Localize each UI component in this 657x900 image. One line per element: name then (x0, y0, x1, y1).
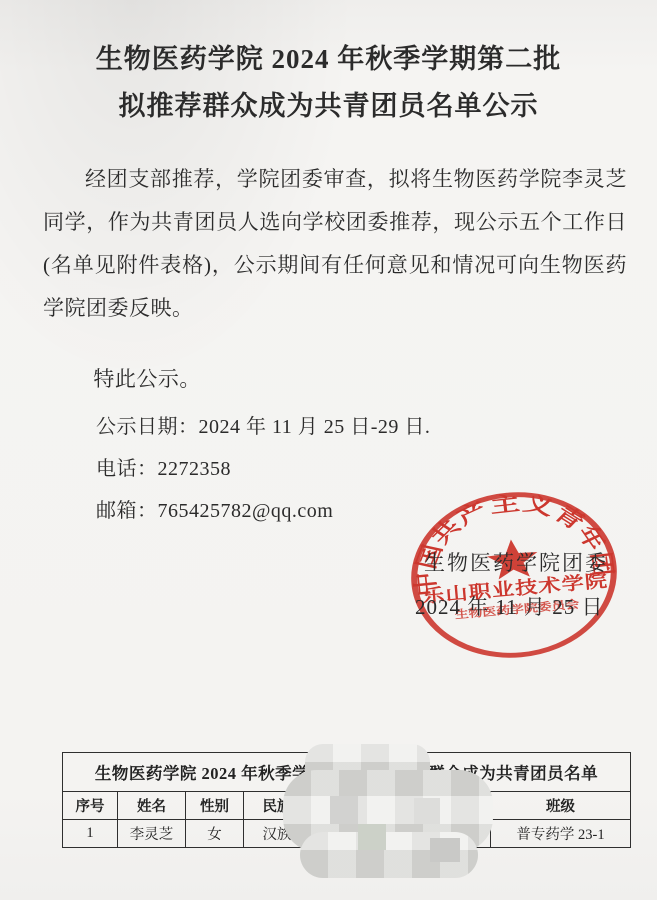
announcement-body: 经团支部推荐，学院团委审查，拟将生物医药学院李灵芝同学，作为共青团员人选向学校团… (43, 158, 627, 401)
redaction-mosaic-tile (330, 796, 358, 824)
email-line: 邮箱：765425782@qq.com (96, 490, 430, 532)
page-title: 生物医药学院 2024 年秋季学期第二批 拟推荐群众成为共青团员名单公示 (0, 36, 657, 130)
body-paragraph: 经团支部推荐，学院团委审查，拟将生物医药学院李灵芝同学，作为共青团员人选向学校团… (43, 158, 627, 330)
cell-name: 李灵芝 (118, 820, 186, 848)
col-header-gender: 性别 (186, 792, 244, 820)
cell-index: 1 (63, 820, 118, 848)
signature-organization: 生物医药学院团委 (424, 547, 608, 577)
cell-gender: 女 (186, 820, 244, 848)
redaction-mosaic-tile (430, 838, 460, 862)
scanned-announcement-page: 生物医药学院 2024 年秋季学期第二批 拟推荐群众成为共青团员名单公示 经团支… (0, 0, 657, 900)
cell-class: 普专药学 23-1 (491, 820, 631, 848)
publicity-dates: 公示日期：2024 年 11 月 25 日-29 日. (96, 406, 430, 448)
closing-paragraph: 特此公示。 (43, 358, 627, 401)
col-header-class: 班级 (491, 792, 631, 820)
page-title-line1: 生物医药学院 2024 年秋季学期第二批 (0, 36, 657, 83)
phone-line: 电话：2272358 (96, 448, 430, 490)
redaction-mosaic-tile (358, 824, 386, 850)
page-title-line2: 拟推荐群众成为共青团员名单公示 (0, 83, 657, 130)
col-header-name: 姓名 (118, 792, 186, 820)
col-header-index: 序号 (63, 792, 118, 820)
redaction-mosaic-tile (414, 798, 440, 824)
signature-date: 2024 年 11 月 25 日 (415, 591, 603, 621)
contact-block: 公示日期：2024 年 11 月 25 日-29 日. 电话：2272358 邮… (96, 406, 430, 532)
